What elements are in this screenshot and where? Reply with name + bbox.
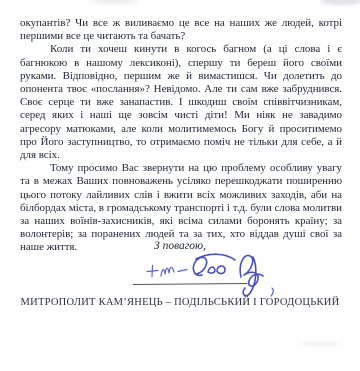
scan-artifact [92,0,138,4]
letter-paragraph: окупантів? Чи все ж виливаємо це все на … [20,17,342,43]
signature-line [133,284,247,285]
scan-artifact [300,342,340,346]
letter-page: окупантів? Чи все ж виливаємо це все на … [0,0,360,371]
letter-paragraph: Коли ти хочеш кинути в когось багном (а … [20,43,342,162]
signature-cross-stroke [147,266,158,277]
signature-m-stroke [161,267,187,276]
signature-handwriting [125,250,290,305]
scan-artifact [320,0,360,5]
signature-loop-stroke [193,254,235,275]
letter-body: окупантів? Чи все ж виливаємо це все на … [20,17,342,255]
signature-flourish-stroke [240,256,263,296]
signature-comma-stroke [271,288,273,296]
